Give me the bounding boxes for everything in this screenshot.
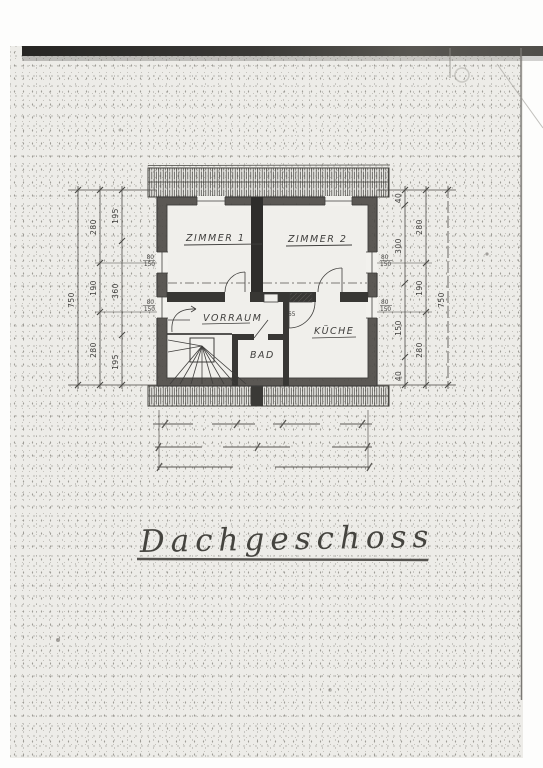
sheet-title-underline: [137, 559, 428, 560]
mid-wall-left: [167, 292, 225, 302]
dim-value: 360: [111, 283, 120, 299]
dim-row-1: [153, 420, 372, 428]
dim-value: 280: [89, 342, 98, 358]
window-left-lower: [156, 297, 168, 318]
installation-shaft: [290, 293, 312, 302]
mid-wall-right: [340, 292, 368, 302]
noise-speck: [328, 688, 332, 692]
window-left-upper: [156, 252, 168, 273]
dim-row-3: [157, 463, 372, 471]
dim-value: 150: [394, 320, 403, 336]
room-label-zimmer1: ZIMMER 1: [185, 233, 245, 244]
bottom-dimension-lines: [153, 410, 372, 471]
scan-smudge: [455, 68, 469, 82]
dim-value: 190: [89, 280, 98, 296]
noise-speck: [56, 638, 60, 642]
parapet-note: 80: [381, 300, 389, 306]
parapet-note: 80: [147, 255, 155, 261]
dim-value-right-outer: 750: [437, 292, 446, 308]
bad-top-wall-b: [268, 334, 284, 340]
sheet-title-text: Dachgeschoss: [139, 519, 435, 560]
dim-value: 300: [394, 238, 403, 254]
dimension-chains-left: 750 280 190 280 195 360 195: [67, 186, 157, 389]
dim-value: 40: [394, 371, 403, 382]
dim-row-2: [155, 443, 372, 451]
room-label-vorraum: VORRAUM: [203, 313, 262, 324]
sheet-title: Dachgeschoss: [137, 519, 435, 560]
dim-value: 195: [111, 354, 120, 370]
parapet-note: 80: [147, 300, 155, 306]
room-label-kueche: KÜCHE: [314, 326, 354, 337]
top-extension-line: [148, 165, 390, 166]
bad-top-wall-a: [232, 334, 254, 340]
dim-value: 190: [415, 280, 424, 296]
dim-value: 40: [394, 193, 403, 204]
scan-scratch-line: [497, 64, 543, 128]
floor-plan-drawing: ZIMMER 1 ZIMMER 2 VORRAUM BAD KÜCHE 80 1…: [0, 0, 543, 768]
dim-value: 280: [415, 219, 424, 235]
shaft-note: 65: [288, 312, 296, 318]
wm-niche: [264, 294, 278, 302]
room-label-bad: BAD: [250, 350, 275, 361]
dim-value-left-outer: 750: [67, 292, 76, 308]
noise-speck: [119, 129, 122, 132]
window-top-zimmer2: [325, 196, 352, 206]
window-right-upper: [366, 252, 378, 273]
room-label-zimmer2: ZIMMER 2: [287, 234, 347, 245]
dim-value: 280: [415, 342, 424, 358]
chimney-through-eave: [251, 386, 263, 406]
parapet-note: 80: [381, 255, 389, 261]
scan-right-edge-line: [521, 48, 522, 700]
noise-speck: [485, 252, 488, 255]
scan-edge-band: [22, 46, 543, 56]
bad-left-wall: [232, 334, 238, 386]
dimension-chains-right: 40 300 150 40 280 190 280 750: [377, 186, 456, 389]
scanned-page: ZIMMER 1 ZIMMER 2 VORRAUM BAD KÜCHE 80 1…: [0, 0, 543, 768]
top-eave-hatch: [148, 168, 389, 197]
window-top-zimmer1: [197, 196, 225, 206]
dim-value: 195: [111, 208, 120, 224]
dim-value: 280: [89, 219, 98, 235]
scan-edge-band-fade: [22, 56, 543, 61]
center-wall-chimney: [251, 197, 263, 302]
dim-ticks: [402, 187, 451, 388]
